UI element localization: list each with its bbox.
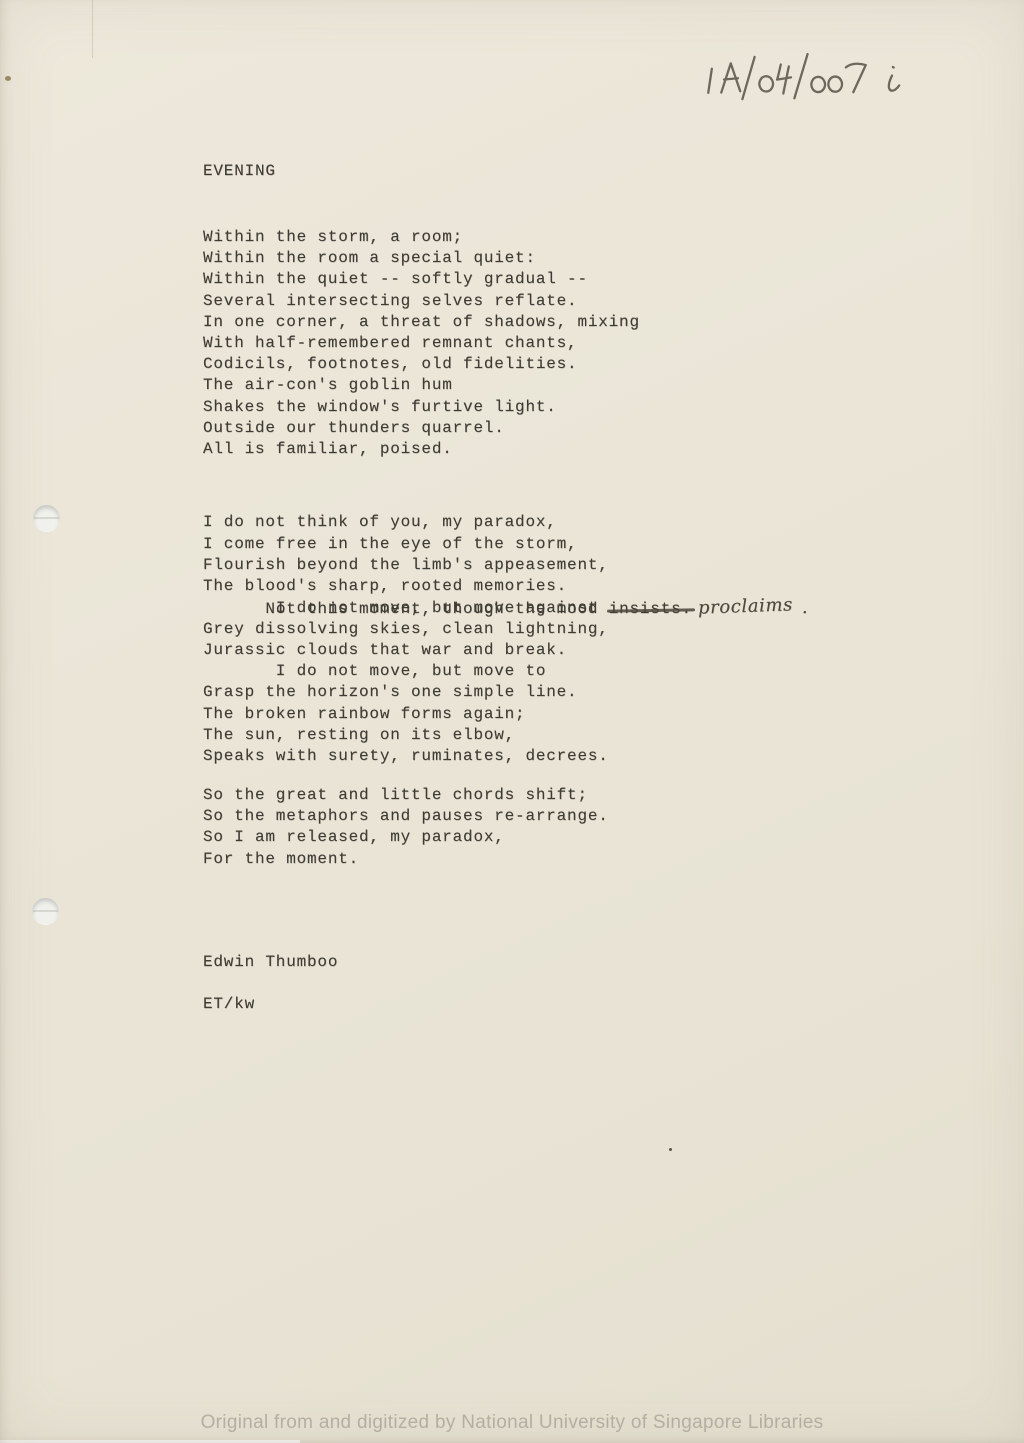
- poem-line: Outside our thunders quarrel.: [203, 418, 640, 439]
- poem-stanza-3: I come free in the eye of the storm,Flou…: [203, 534, 609, 767]
- poem-line: Within the storm, a room;: [203, 227, 640, 248]
- typist-initials: ET/kw: [203, 994, 255, 1015]
- paper-speck: [669, 1148, 672, 1151]
- poem-line: Several intersecting selves reflate.: [203, 291, 640, 312]
- punch-hole-bottom: [32, 898, 59, 925]
- poem-line: Speaks with surety, ruminates, decrees.: [203, 746, 609, 767]
- poem-line: I do not move, but move to: [203, 661, 609, 682]
- poem-line: Shakes the window's furtive light.: [203, 397, 640, 418]
- paper-crease: [92, 0, 93, 58]
- poem-line: For the moment.: [203, 849, 609, 870]
- poem-line: With half-remembered remnant chants,: [203, 333, 640, 354]
- poem-line: All is familiar, poised.: [203, 439, 640, 460]
- poem-stanza-4: So the great and little chords shift;So …: [203, 785, 609, 870]
- poem-line: Flourish beyond the limb's appeasement,: [203, 555, 609, 576]
- library-watermark: Original from and digitized by National …: [0, 1412, 1024, 1434]
- poem-title: EVENING: [203, 161, 276, 182]
- scanned-document-page: 1A/04/007 i EVENING Within the storm, a …: [0, 0, 1024, 1443]
- poem-line: Within the room a special quiet:: [203, 248, 640, 269]
- poem-line: Grey dissolving skies, clean lightning,: [203, 619, 609, 640]
- poem-line: So the great and little chords shift;: [203, 785, 609, 806]
- author-name: Edwin Thumboo: [203, 952, 338, 973]
- poem-line: Jurassic clouds that war and break.: [203, 640, 609, 661]
- handwritten-reference-number: 1A/04/007 i: [695, 44, 926, 110]
- poem-line: I do not think of you, my paradox,: [203, 512, 808, 533]
- poem-line: The air-con's goblin hum: [203, 375, 640, 396]
- poem-line: So I am released, my paradox,: [203, 827, 609, 848]
- paper-speck: [5, 76, 11, 81]
- poem-line: The broken rainbow forms again;: [203, 704, 609, 725]
- poem-line: I do not move, but move against: [203, 598, 609, 619]
- poem-line: The sun, resting on its elbow,: [203, 725, 609, 746]
- punch-hole-top: [33, 505, 60, 532]
- poem-line: So the metaphors and pauses re-arrange.: [203, 806, 609, 827]
- poem-line: Within the quiet -- softly gradual --: [203, 269, 640, 290]
- handwritten-correction-word: proclaims: [698, 595, 794, 620]
- struck-through-word: insists.: [609, 599, 692, 620]
- poem-line: Grasp the horizon's one simple line.: [203, 682, 609, 703]
- poem-line: I come free in the eye of the storm,: [203, 534, 609, 555]
- poem-stanza-1: Within the storm, a room;Within the room…: [203, 227, 640, 460]
- poem-line: The blood's sharp, rooted memories.: [203, 576, 609, 597]
- poem-line: Codicils, footnotes, old fidelities.: [203, 354, 640, 375]
- poem-line: In one corner, a threat of shadows, mixi…: [203, 312, 640, 333]
- handwritten-period: .: [802, 597, 809, 618]
